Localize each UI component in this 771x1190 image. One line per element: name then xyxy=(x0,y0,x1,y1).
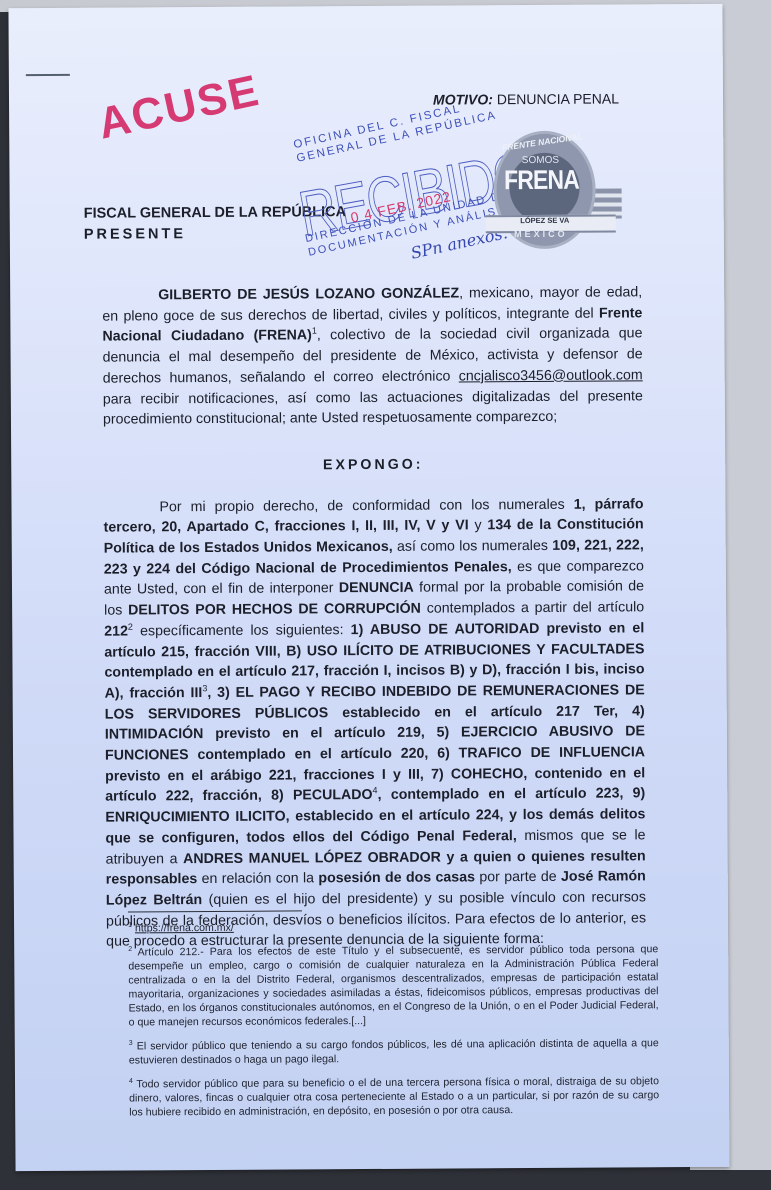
footnote-number: 3 xyxy=(129,1040,133,1047)
logo-name: FRENA xyxy=(502,165,580,196)
footnote-text: Todo servidor público que para su benefi… xyxy=(129,1075,659,1118)
document-body: GILBERTO DE JESÚS LOZANO GONZÁLEZ, mexic… xyxy=(102,282,646,952)
exposition-text: por parte de xyxy=(475,869,561,886)
exposition-text: Por mi propio derecho, de conformidad co… xyxy=(159,496,573,515)
footnote-number: 4 xyxy=(129,1078,133,1085)
exposition-text: y xyxy=(469,518,488,534)
exposition-bold: DENUNCIA xyxy=(339,580,414,596)
exposition-text: específicamente los siguientes: xyxy=(133,622,351,639)
footnote-text: El servidor público que teniendo a su ca… xyxy=(129,1037,659,1066)
document-page: ACUSE MOTIVO: DENUNCIA PENAL FISCAL GENE… xyxy=(8,4,729,1171)
footnote-text: Artículo 212.- Para los efectos de este … xyxy=(128,943,658,1028)
exposition-bold: 212 xyxy=(104,623,128,639)
footnotes: 1 https://frena.com.mx/ 2 Artículo 212.-… xyxy=(128,918,659,1129)
footnote-1: 1 https://frena.com.mx/ xyxy=(128,918,658,935)
footnote-number: 1 xyxy=(128,922,132,929)
frena-logo: FRENTE NACIONAL SOMOS FRENA LÓPEZ SE VA … xyxy=(485,131,596,248)
exposition-bold: DELITOS POR HECHOS DE CORRUPCIÓN xyxy=(128,601,421,619)
section-title: EXPONGO: xyxy=(103,453,643,477)
exposition-text: así como los numerales xyxy=(393,538,553,555)
intro-paragraph: GILBERTO DE JESÚS LOZANO GONZÁLEZ, mexic… xyxy=(102,282,643,430)
footnote-link[interactable]: https://frena.com.mx/ xyxy=(135,922,234,935)
motivo-value: DENUNCIA PENAL xyxy=(497,90,619,107)
margin-mark xyxy=(26,74,70,76)
footnote-4: 4 Todo servidor público que para su bene… xyxy=(129,1074,659,1119)
complainant-name: GILBERTO DE JESÚS LOZANO GONZÁLEZ xyxy=(158,285,459,303)
exposition-text: contemplados a partir del artículo xyxy=(421,599,644,616)
exposition-bold: posesión de dos casas xyxy=(318,870,475,887)
exposition-paragraph: Por mi propio derecho, de conformidad co… xyxy=(103,494,646,953)
logo-arc-bottom: MEXICO xyxy=(486,229,596,240)
footnote-number: 2 xyxy=(128,946,132,953)
acuse-stamp: ACUSE xyxy=(94,66,265,150)
email-link[interactable]: cncjalisco3456@outlook.com xyxy=(459,367,643,384)
footnote-2: 2 Artículo 212.- Para los efectos de est… xyxy=(128,942,659,1029)
logo-band-text: LÓPEZ SE VA xyxy=(510,216,580,225)
exposition-text: en relación con la xyxy=(197,871,318,888)
intro-text: para recibir notificaciones, así como la… xyxy=(103,388,643,428)
footnote-3: 3 El servidor público que teniendo a su … xyxy=(129,1036,659,1067)
